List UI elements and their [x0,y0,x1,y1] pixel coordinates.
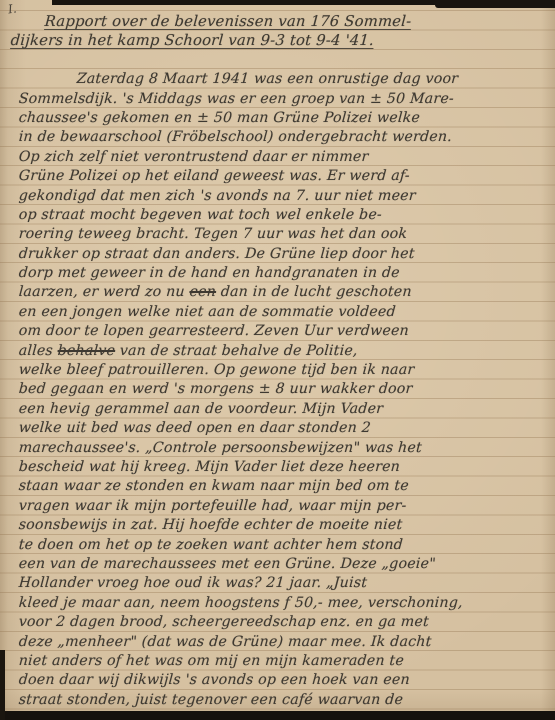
handwriting-line: en een jongen welke niet aan de sommatie… [18,303,550,322]
handwriting-line: om door te lopen gearresteerd. Zeven Uur… [18,322,550,341]
handwriting-line: laarzen, er werd zo nu een dan in de luc… [18,283,550,302]
handwritten-text-block: Rapport over de belevenissen van 176 Som… [18,12,549,710]
scan-edge-top-right [435,0,555,8]
handwriting-line: roering teweeg bracht. Tegen 7 uur was h… [18,225,550,244]
handwriting-line: dorp met geweer in de hand en handgranat… [18,264,550,283]
handwriting-line: chaussee's gekomen en ± 50 man Grüne Pol… [18,109,550,128]
handwriting-line: bed gegaan en werd 's morgens ± 8 uur wa… [18,380,550,399]
handwriting-line [18,51,550,70]
handwriting-line: straat stonden, juist tegenover een café… [18,691,550,710]
scan-edge-left-bottom [0,650,5,720]
handwriting-line: marechaussee's. „Controle persoonsbewijz… [18,439,550,458]
handwriting-line: alles behalve van de straat behalve de P… [18,342,550,361]
handwriting-line: doen daar wij dikwijls 's avonds op een … [18,671,550,690]
handwriting-line: Hollander vroeg hoe oud ik was? 21 jaar.… [18,574,550,593]
handwriting-line: op straat mocht begeven wat toch wel enk… [18,206,550,225]
scan-edge-bottom [0,711,555,720]
handwriting-line: soonsbewijs in zat. Hij hoefde echter de… [18,516,550,535]
handwriting-line: Grüne Polizei op het eiland geweest was.… [18,167,550,186]
handwriting-line: kleed je maar aan, neem hoogstens f 50,-… [18,594,550,613]
scanned-page: I. Rapport over de belevenissen van 176 … [0,0,555,720]
handwriting-line: niet anders of het was om mij en mijn ka… [18,652,550,671]
title-line: Rapport over de belevenissen van 176 Som… [44,12,550,31]
title-line: dijkers in het kamp Schoorl van 9-3 tot … [10,31,550,50]
handwriting-line: voor 2 dagen brood, scheergereedschap en… [18,613,550,632]
handwriting-line: deze „menheer" (dat was de Grüne) maar m… [18,633,550,652]
handwriting-line: een hevig gerammel aan de voordeur. Mijn… [18,400,550,419]
handwriting-line: welke uit bed was deed open en daar ston… [18,419,550,438]
handwriting-line: gekondigd dat men zich 's avonds na 7. u… [18,187,550,206]
handwriting-line: welke bleef patrouilleren. Op gewone tij… [18,361,550,380]
handwriting-line: Op zich zelf niet verontrustend daar er … [18,148,550,167]
handwriting-line: Zaterdag 8 Maart 1941 was een onrustige … [76,70,550,89]
handwriting-line: staan waar ze stonden en kwam naar mijn … [18,477,550,496]
page-number-mark: I. [7,1,17,16]
handwriting-line: te doen om het op te zoeken want achter … [18,536,550,555]
handwriting-line: vragen waar ik mijn portefeuille had, wa… [18,497,550,516]
handwriting-line: drukker op straat dan anders. De Grüne l… [18,245,550,264]
handwriting-line: in de bewaarschool (Fröbelschool) onderg… [18,128,550,147]
handwriting-line: bescheid wat hij kreeg. Mijn Vader liet … [18,458,550,477]
handwriting-line: Sommelsdijk. 's Middags was er een groep… [18,90,550,109]
handwriting-line: een van de marechaussees met een Grüne. … [18,555,550,574]
